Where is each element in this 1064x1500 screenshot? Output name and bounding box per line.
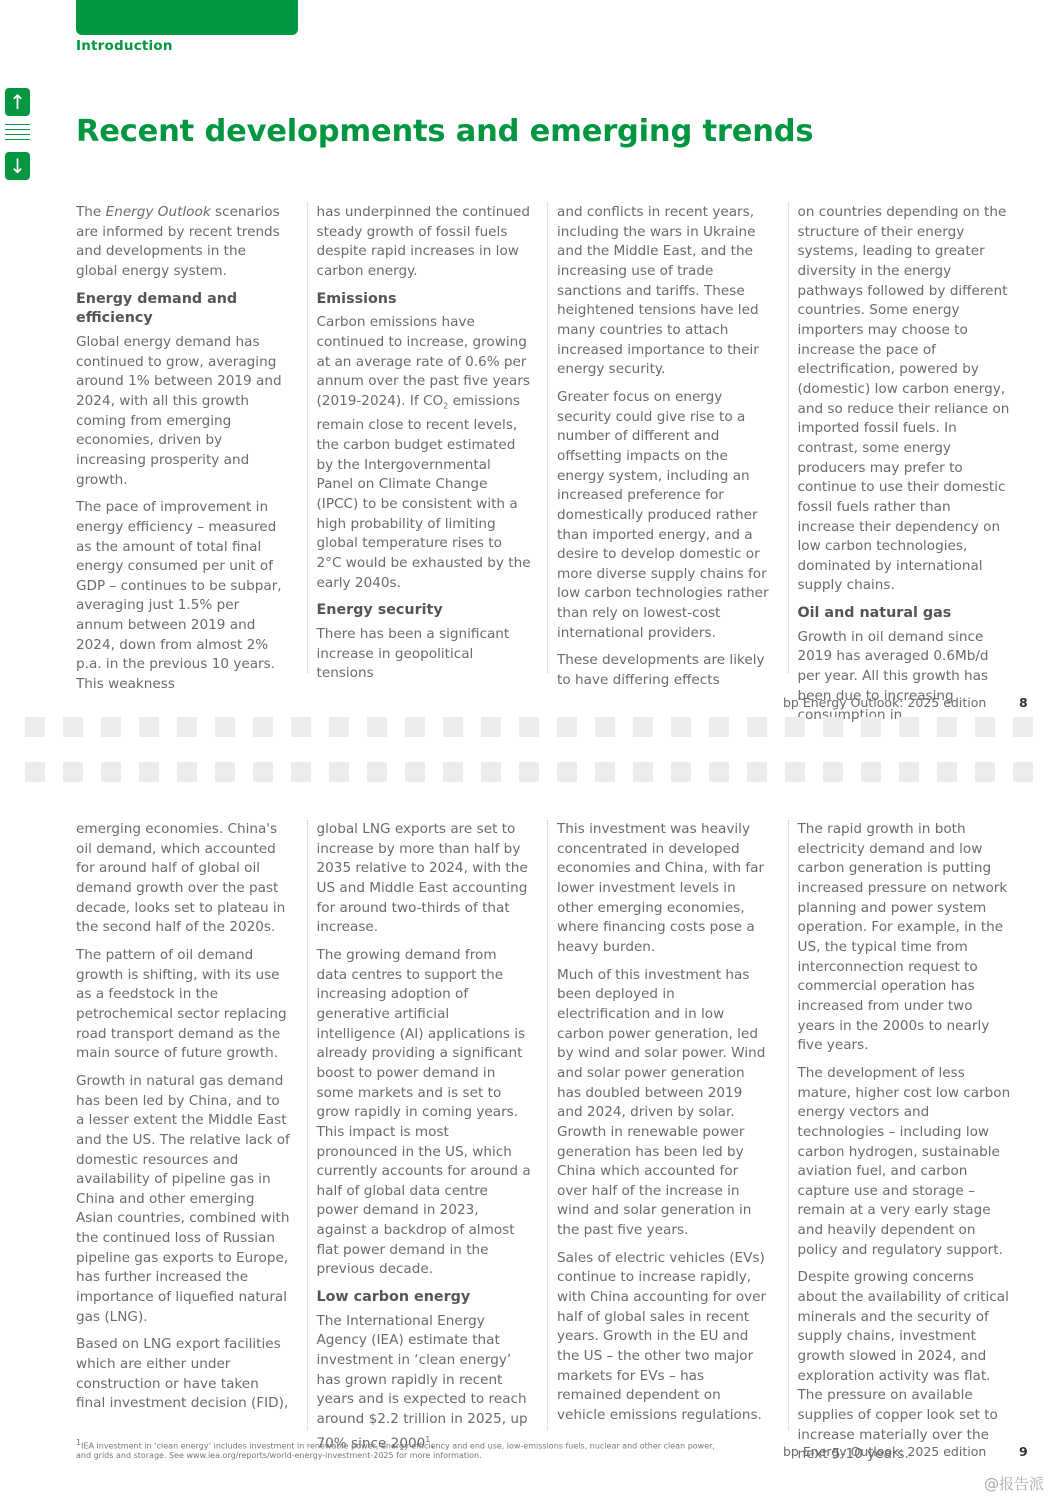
watermark: @报告派: [984, 1473, 1044, 1494]
page-break-separator: [25, 717, 1051, 737]
paragraph: Growth in oil demand since 2019 has aver…: [798, 628, 1013, 726]
arrow-up-icon: ↑: [9, 90, 26, 114]
paragraph: Greater focus on energy security could g…: [557, 388, 772, 644]
section-tab: [76, 0, 298, 35]
subheading-emissions: Emissions: [317, 290, 532, 310]
paragraph: The International Energy Agency (IEA) es…: [317, 1312, 532, 1454]
menu-line-icon: [5, 124, 30, 125]
paragraph: The pattern of oil demand growth is shif…: [76, 946, 291, 1064]
paragraph: Despite growing concerns about the avail…: [798, 1268, 1013, 1465]
menu-line-icon: [5, 134, 30, 135]
page-break-separator: [25, 762, 1051, 782]
paragraph: Based on LNG export facilities which are…: [76, 1335, 291, 1414]
paragraph: This investment was heavily concentrated…: [557, 820, 772, 958]
column-3: This investment was heavily concentrated…: [547, 820, 788, 1430]
paragraph: The Energy Outlook scenarios are informe…: [76, 203, 291, 282]
paragraph: emerging economies. China's oil demand, …: [76, 820, 291, 938]
paragraph: Carbon emissions have continued to incre…: [317, 313, 532, 593]
contents-menu-button[interactable]: [5, 124, 30, 144]
column-3: and conflicts in recent years, including…: [547, 203, 788, 673]
page-number: 9: [1019, 1444, 1028, 1459]
page-8-footer: bp Energy Outlook: 2025 edition 8: [783, 695, 986, 710]
publication-name: bp Energy Outlook: 2025 edition: [783, 695, 986, 710]
menu-line-icon: [5, 129, 30, 130]
paragraph: global LNG exports are set to increase b…: [317, 820, 532, 938]
page-8-body: The Energy Outlook scenarios are informe…: [76, 203, 1028, 673]
footnote: 1IEA investment in ‘clean energy’ includ…: [76, 1438, 716, 1461]
paragraph: Growth in natural gas demand has been le…: [76, 1072, 291, 1328]
page-9-body: emerging economies. China's oil demand, …: [76, 820, 1028, 1430]
paragraph: Global energy demand has continued to gr…: [76, 333, 291, 490]
page-title: Recent developments and emerging trends: [76, 114, 813, 149]
arrow-down-icon: ↓: [9, 154, 26, 178]
section-label: Introduction: [76, 38, 173, 54]
previous-page-button[interactable]: ↑: [5, 88, 30, 116]
column-2: has underpinned the continued steady gro…: [307, 203, 548, 673]
paragraph: has underpinned the continued steady gro…: [317, 203, 532, 282]
column-4: The rapid growth in both electricity dem…: [788, 820, 1029, 1430]
column-1: The Energy Outlook scenarios are informe…: [76, 203, 307, 673]
subheading-energy-demand: Energy demand and efficiency: [76, 290, 291, 329]
paragraph: These developments are likely to have di…: [557, 651, 772, 690]
paragraph: The pace of improvement in energy effici…: [76, 498, 291, 695]
next-page-button[interactable]: ↓: [5, 152, 30, 180]
subheading-energy-security: Energy security: [317, 601, 532, 621]
page-number: 8: [1019, 695, 1028, 710]
paragraph: The rapid growth in both electricity dem…: [798, 820, 1013, 1056]
paragraph: Sales of electric vehicles (EVs) continu…: [557, 1249, 772, 1426]
paragraph: There has been a significant increase in…: [317, 625, 532, 684]
publication-name: bp Energy Outlook: 2025 edition: [783, 1444, 986, 1459]
paragraph: Much of this investment has been deploye…: [557, 966, 772, 1241]
menu-line-icon: [5, 139, 30, 140]
column-4: on countries depending on the structure …: [788, 203, 1029, 673]
paragraph: The growing demand from data centres to …: [317, 946, 532, 1280]
subheading-oil-gas: Oil and natural gas: [798, 604, 1013, 624]
column-1: emerging economies. China's oil demand, …: [76, 820, 307, 1430]
subheading-low-carbon: Low carbon energy: [317, 1288, 532, 1308]
paragraph: The development of less mature, higher c…: [798, 1064, 1013, 1261]
paragraph: and conflicts in recent years, including…: [557, 203, 772, 380]
paragraph: on countries depending on the structure …: [798, 203, 1013, 596]
page-9-footer: bp Energy Outlook: 2025 edition 9: [783, 1444, 986, 1459]
column-2: global LNG exports are set to increase b…: [307, 820, 548, 1430]
